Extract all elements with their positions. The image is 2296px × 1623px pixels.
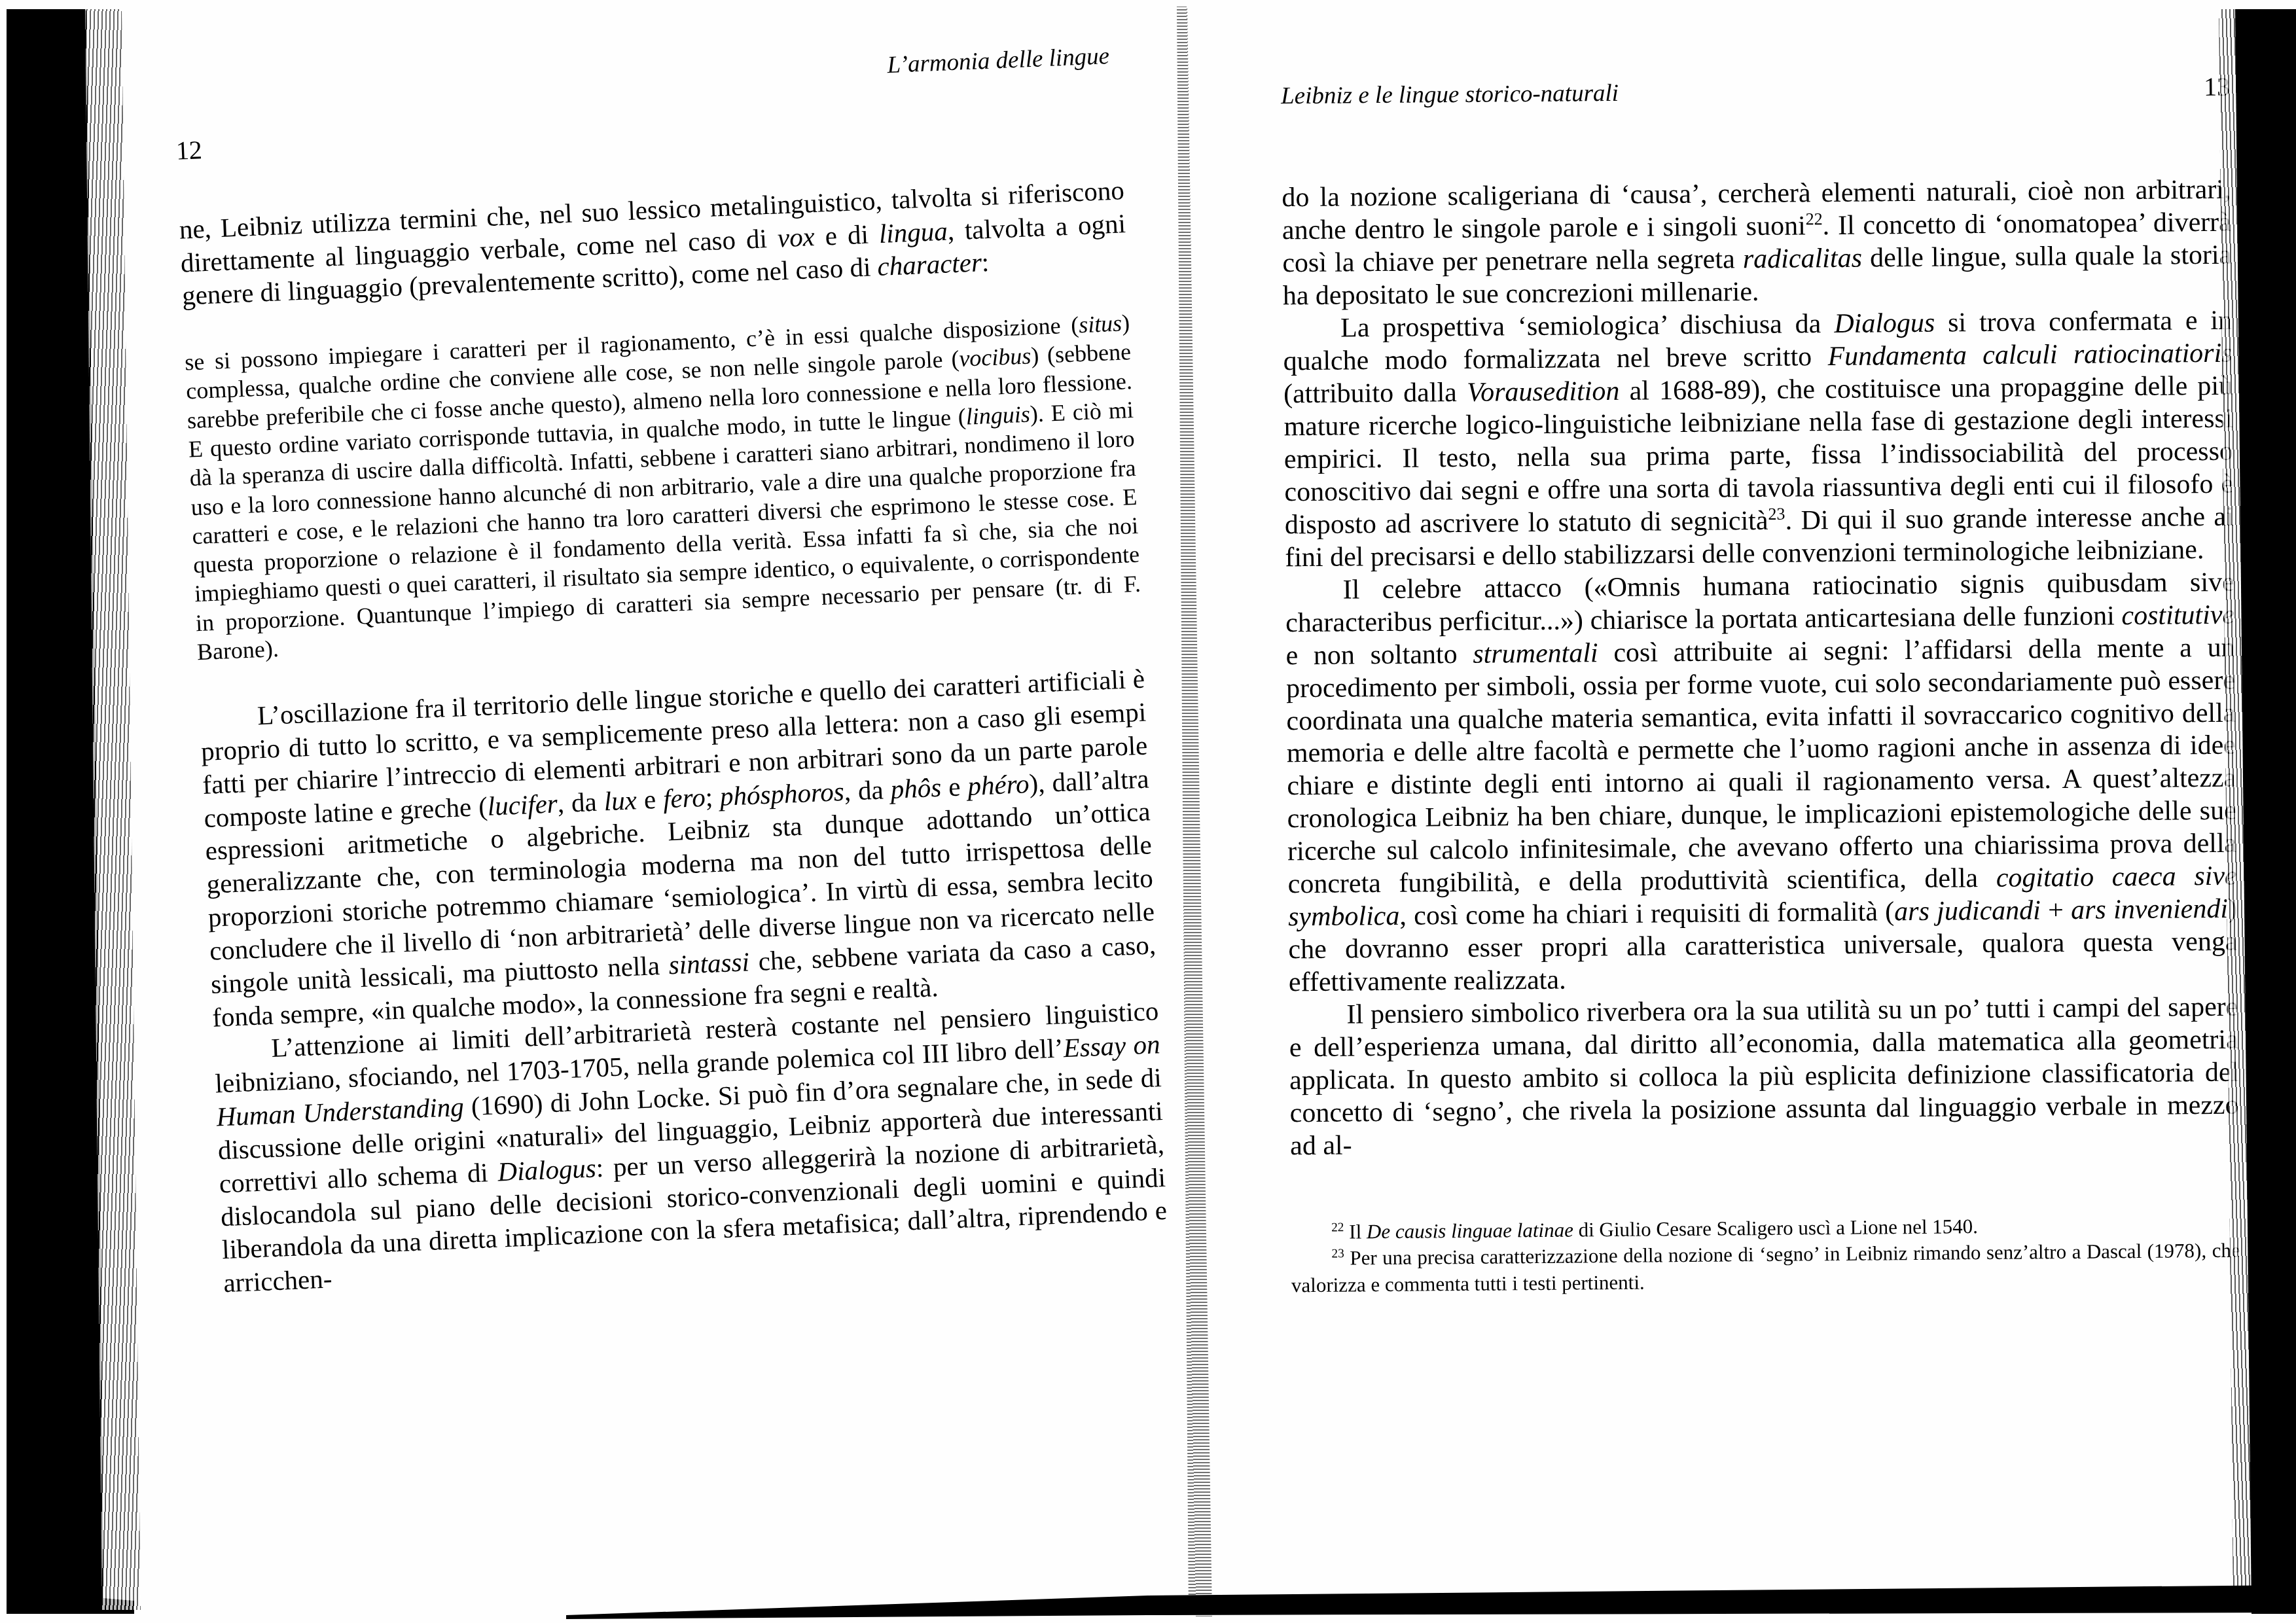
text-run: e xyxy=(941,771,968,802)
text-run: (attribuito dalla xyxy=(1283,378,1467,409)
left-page: L’armonia delle lingue 12 ne, Leibniz ut… xyxy=(173,43,1169,1300)
footnote-marker: 23 xyxy=(1768,504,1785,523)
text-run: La prospettiva ‘semiologica’ dischiusa d… xyxy=(1340,309,1834,344)
italic-text: lucifer xyxy=(487,788,558,821)
italic-text: lux xyxy=(603,785,637,816)
text-run: , così come ha chiari i requisiti di for… xyxy=(1399,897,1894,932)
scanned-book-spread: L’armonia delle lingue 12 ne, Leibniz ut… xyxy=(0,0,2296,1623)
text-run: e xyxy=(636,783,664,815)
footnote-marker: 23 xyxy=(1331,1247,1344,1261)
text-run: di Giulio Cesare Scaligero uscì a Lione … xyxy=(1573,1215,1978,1241)
text-run: Il pensiero simbolico riverbera ora la s… xyxy=(1289,992,2239,1162)
right-page-body: do la nozione scaligeriana di ‘causa’, c… xyxy=(1282,174,2239,1164)
text-run: Il celebre attacco («Omnis humana ratioc… xyxy=(1285,567,2234,638)
italic-text: ars inveniendi xyxy=(2071,894,2228,925)
italic-text: Dialogus xyxy=(1834,308,1935,339)
italic-text: character xyxy=(877,247,982,282)
italic-text: Vorausedition xyxy=(1467,376,1620,408)
text-run: così attribuite ai segni: l’affidarsi de… xyxy=(1286,632,2237,899)
italic-text: radicalitas xyxy=(1743,243,1862,275)
footnote: 23 Per una precisa caratterizzazione del… xyxy=(1291,1238,2240,1298)
text-run: Per una precisa caratterizzazione della … xyxy=(1291,1239,2240,1296)
footnote-marker: 22 xyxy=(1806,209,1823,228)
italic-text: linguis xyxy=(965,401,1031,430)
text-run: , da xyxy=(557,786,605,818)
right-running-head: Leibniz e le lingue storico-naturali xyxy=(1281,80,1619,110)
italic-text: vox xyxy=(777,221,816,253)
text-run: Il xyxy=(1344,1220,1367,1243)
right-page: Leibniz e le lingue storico-naturali 13 … xyxy=(1281,71,2240,1299)
block-quote: se si possono impiegare i caratteri per … xyxy=(184,308,1142,666)
text-run: + xyxy=(2041,895,2072,925)
paragraph: Il celebre attacco («Omnis humana ratioc… xyxy=(1285,566,2238,999)
paragraph: ne, Leibniz utilizza termini che, nel su… xyxy=(179,173,1128,313)
italic-text: situs xyxy=(1078,310,1122,338)
left-running-head: L’armonia delle lingue xyxy=(173,43,1119,109)
italic-text: sintassi xyxy=(668,946,750,980)
italic-text: costitutive xyxy=(2121,599,2234,631)
italic-text: Fundamenta calculi ratiocinatioris xyxy=(1827,338,2232,372)
text-run: e non soltanto xyxy=(1285,639,1473,670)
paragraph: L’attenzione ai limiti dell’arbitrarietà… xyxy=(213,994,1169,1300)
text-run: ; xyxy=(705,781,721,811)
paragraph: Il pensiero simbolico riverbera ora la s… xyxy=(1289,991,2239,1163)
text-run: e di xyxy=(814,218,880,251)
paragraph: do la nozione scaligeriana di ‘causa’, c… xyxy=(1282,174,2232,313)
italic-text: lingua xyxy=(878,215,948,248)
left-page-number: 12 xyxy=(175,96,1122,166)
right-page-footnotes: 22 Il De causis linguae latinae di Giuli… xyxy=(1291,1211,2240,1299)
paragraph: L’oscillazione fra il territorio delle l… xyxy=(199,662,1158,1034)
italic-text: phéro xyxy=(967,768,1030,801)
italic-text: fero xyxy=(662,781,706,813)
italic-text: strumentali xyxy=(1473,638,1598,669)
left-page-body: ne, Leibniz utilizza termini che, nel su… xyxy=(179,173,1169,1300)
scan-left-border xyxy=(0,0,170,1623)
scan-gutter-shadow xyxy=(1158,0,1237,1623)
right-page-number: 13 xyxy=(2204,71,2230,102)
text-run: , da xyxy=(844,774,891,806)
scan-left-page-edges xyxy=(0,0,170,1623)
italic-text: De causis linguae latinae xyxy=(1367,1219,1573,1243)
text-run: : xyxy=(981,247,990,277)
italic-text: phósphoros xyxy=(719,776,845,811)
italic-text: ars judicandi xyxy=(1894,896,2041,927)
paragraph: La prospettiva ‘semiologica’ dischiusa d… xyxy=(1283,305,2234,575)
italic-text: phôs xyxy=(890,772,942,804)
footnote-marker: 22 xyxy=(1331,1221,1344,1234)
italic-text: vocibus xyxy=(959,343,1032,372)
italic-text: Dialogus xyxy=(497,1152,597,1186)
